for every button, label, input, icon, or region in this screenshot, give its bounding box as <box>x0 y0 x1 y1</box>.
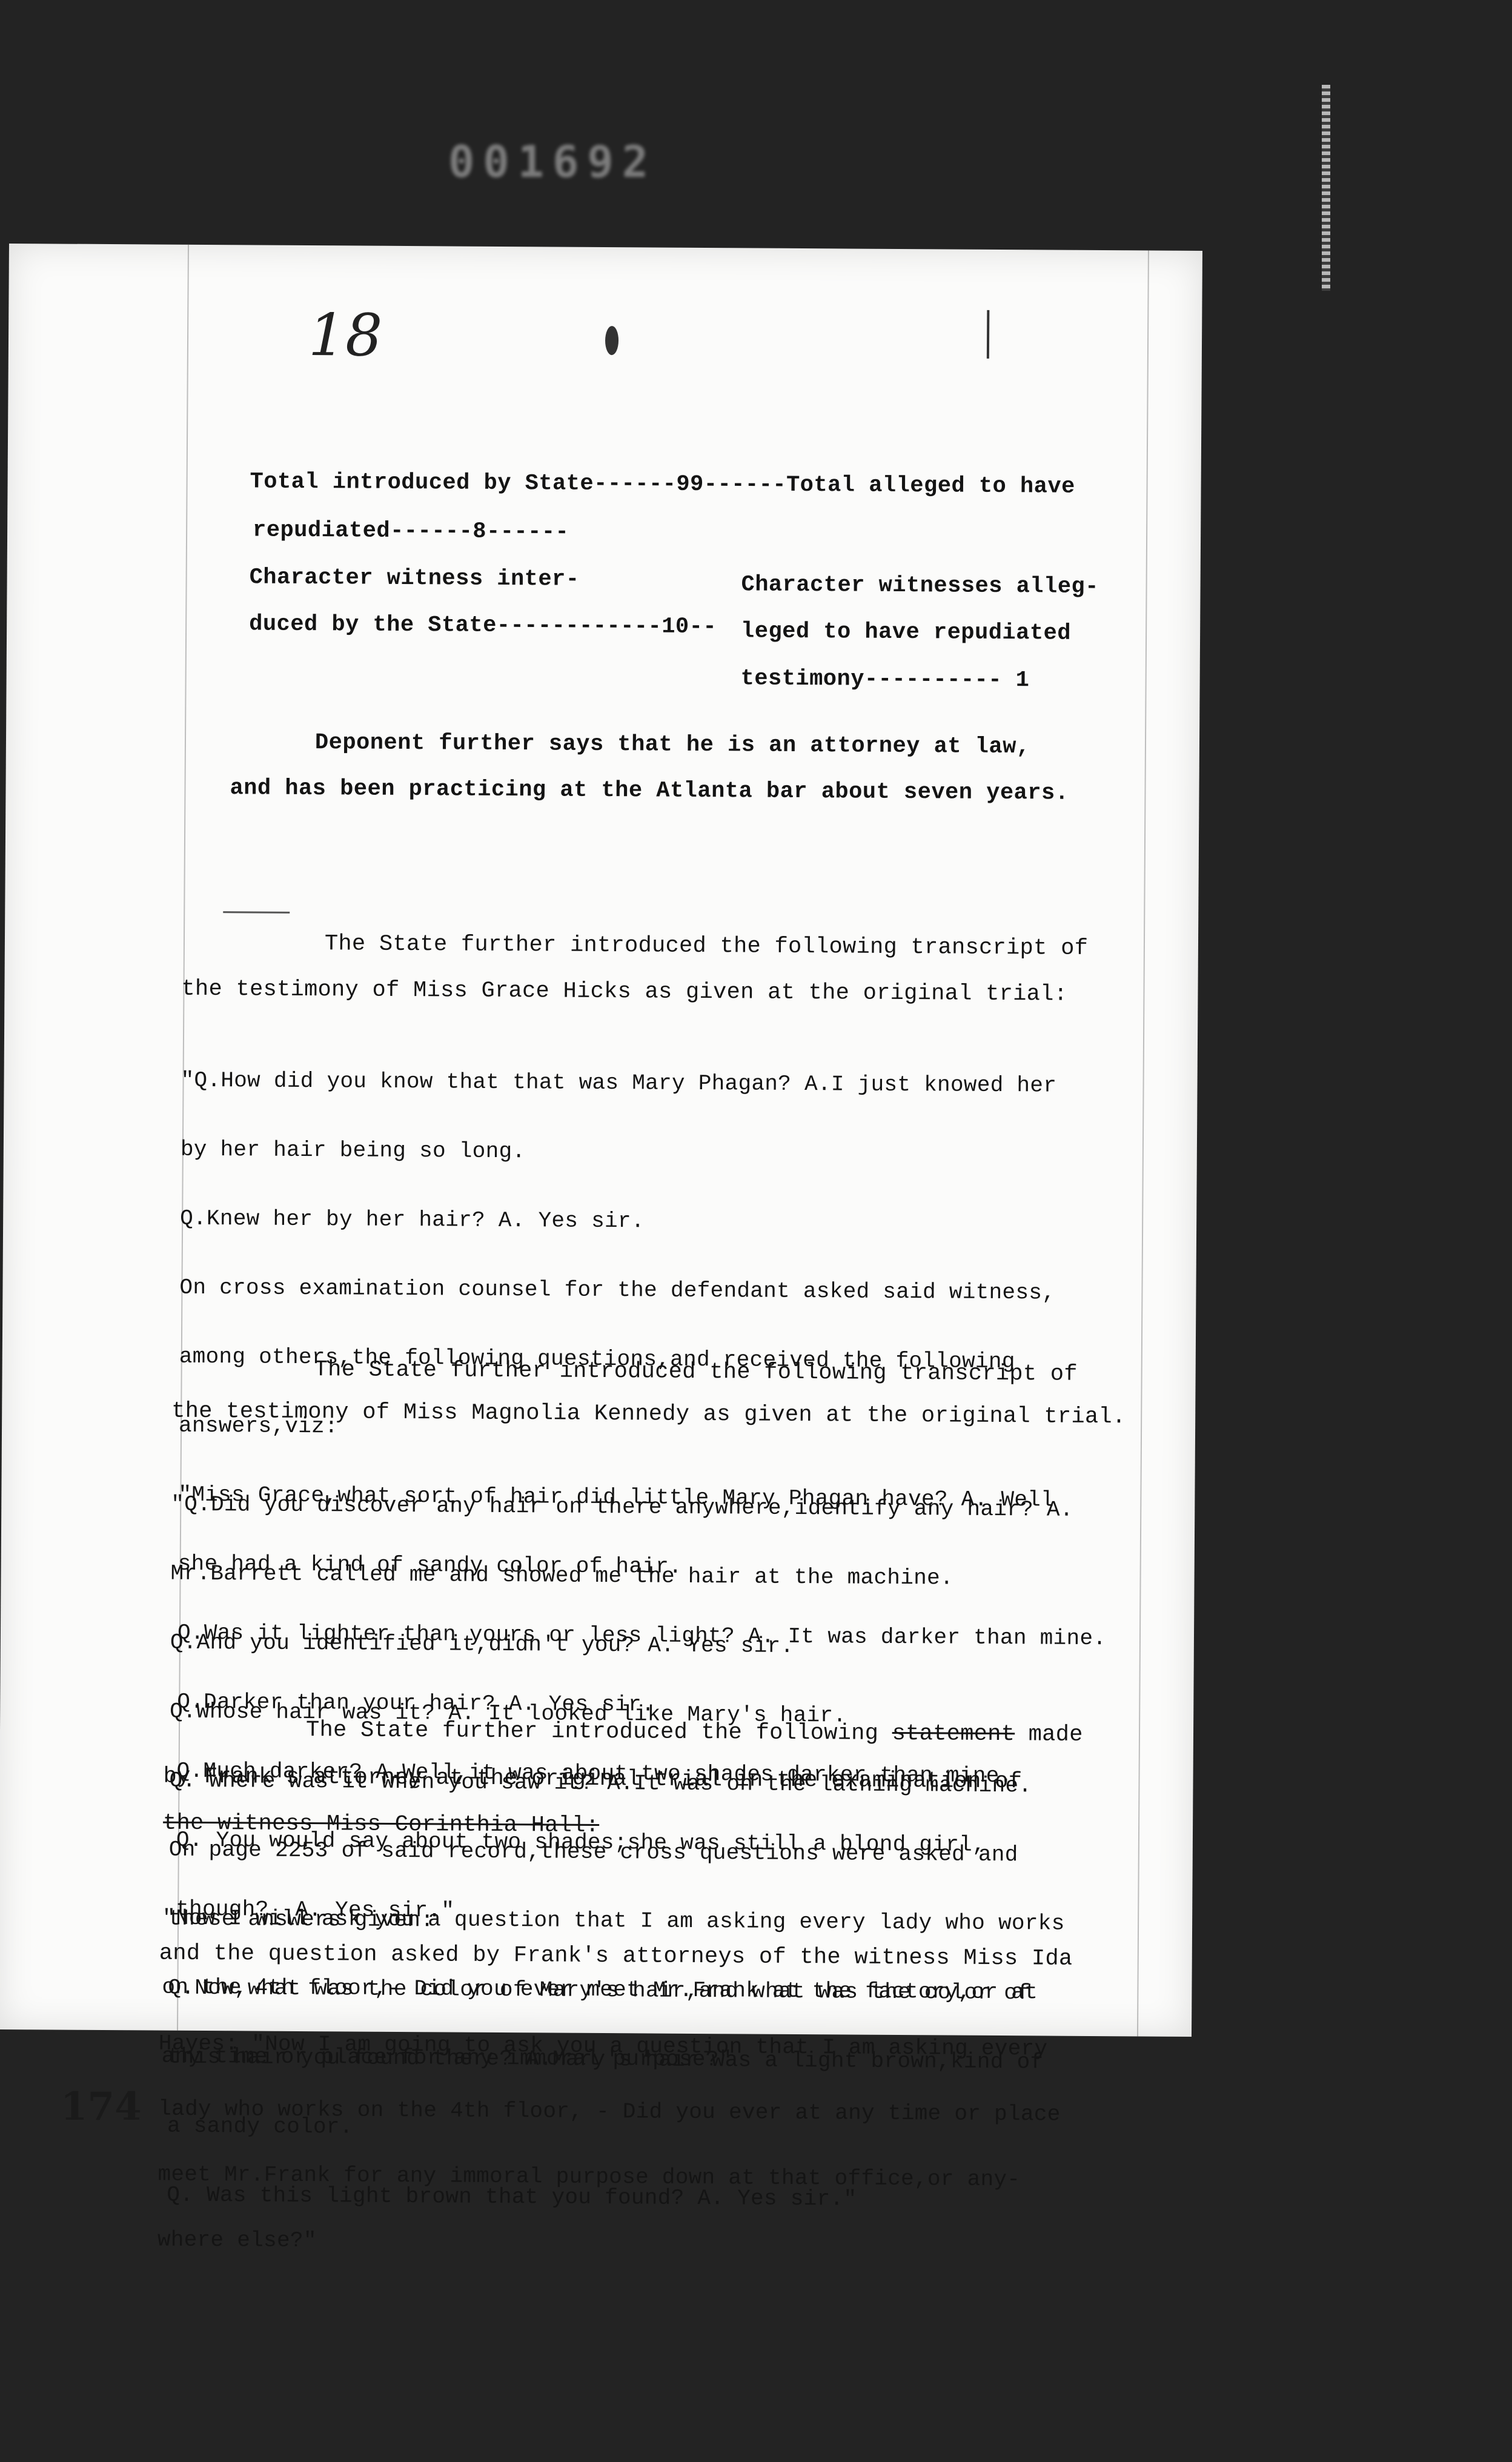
testimony-line: Q.Knew her by her hair? A. Yes sir. <box>180 1207 1109 1236</box>
summary-line-2: repudiated------8------ <box>253 517 569 545</box>
hall-intro-3: the witness Miss Corinthia Hall: <box>163 1811 599 1839</box>
hall-intro-text-end: made <box>1015 1722 1083 1748</box>
kennedy-intro-1: The State further introduced the followi… <box>314 1357 1078 1387</box>
character-right-1: Character witnesses alleg- <box>741 572 1099 600</box>
document-page: 18 Total introduced by State------99----… <box>0 244 1202 2037</box>
testimony-line: "Q.Did you discover any hair on there an… <box>171 1493 1073 1522</box>
testimony-line: where else?" <box>157 2229 1060 2257</box>
handwritten-page-mark: 18 <box>308 301 383 370</box>
deponent-line-1: Deponent further says that he is an atto… <box>315 730 1030 760</box>
hicks-intro-1: The State further introduced the followi… <box>325 931 1088 961</box>
hayes-question: Hayes: "Now I am going to ask you a ques… <box>157 1989 1061 2300</box>
handwritten-stroke <box>987 310 989 359</box>
stray-rule <box>223 911 290 914</box>
hall-intro-text: The State further introduced the followi… <box>306 1717 892 1747</box>
deponent-line-2: and has been practicing at the Atlanta b… <box>230 775 1069 806</box>
character-right-2: leged to have repudiated <box>741 619 1071 646</box>
character-left-2: duced by the State------------10-- <box>249 611 717 640</box>
testimony-line: Q.And you identified it,didn't you? A. Y… <box>170 1631 1073 1660</box>
hicks-intro-2: the testimony of Miss Grace Hicks as giv… <box>181 977 1067 1007</box>
testimony-line: lady who works on the 4th floor, - Did y… <box>158 2099 1061 2126</box>
margin-line-right <box>1137 250 1149 2036</box>
character-left-1: Character witness inter- <box>250 565 580 592</box>
character-right-3: testimony---------- 1 <box>741 666 1030 693</box>
archive-stamp: 001692 <box>448 136 657 187</box>
summary-line-1: Total introduced by State------99------T… <box>250 469 1075 499</box>
film-edge-strip <box>1322 85 1330 291</box>
testimony-line: "Now I will ask you a question that I am… <box>162 1907 1065 1936</box>
testimony-line: Mr.Barrett called me and showed me the h… <box>170 1562 1073 1591</box>
page-number: 174 <box>61 2084 142 2129</box>
testimony-line: On cross examination counsel for the def… <box>179 1276 1108 1305</box>
ink-blot <box>605 326 618 355</box>
testimony-line: by her hair being so long. <box>181 1138 1109 1167</box>
testimony-line: "Q.How did you know that that was Mary P… <box>181 1069 1109 1098</box>
testimony-line: Hayes: "Now I am going to ask you a ques… <box>159 2033 1061 2060</box>
hall-intro-2: by Frank's attorney at the original tria… <box>163 1764 1022 1795</box>
testimony-line: meet Mr.Frank for any immoral purpose do… <box>157 2164 1060 2191</box>
struck-word: statement <box>892 1721 1015 1747</box>
hall-intro-1: The State further introduced the followi… <box>306 1717 1083 1748</box>
